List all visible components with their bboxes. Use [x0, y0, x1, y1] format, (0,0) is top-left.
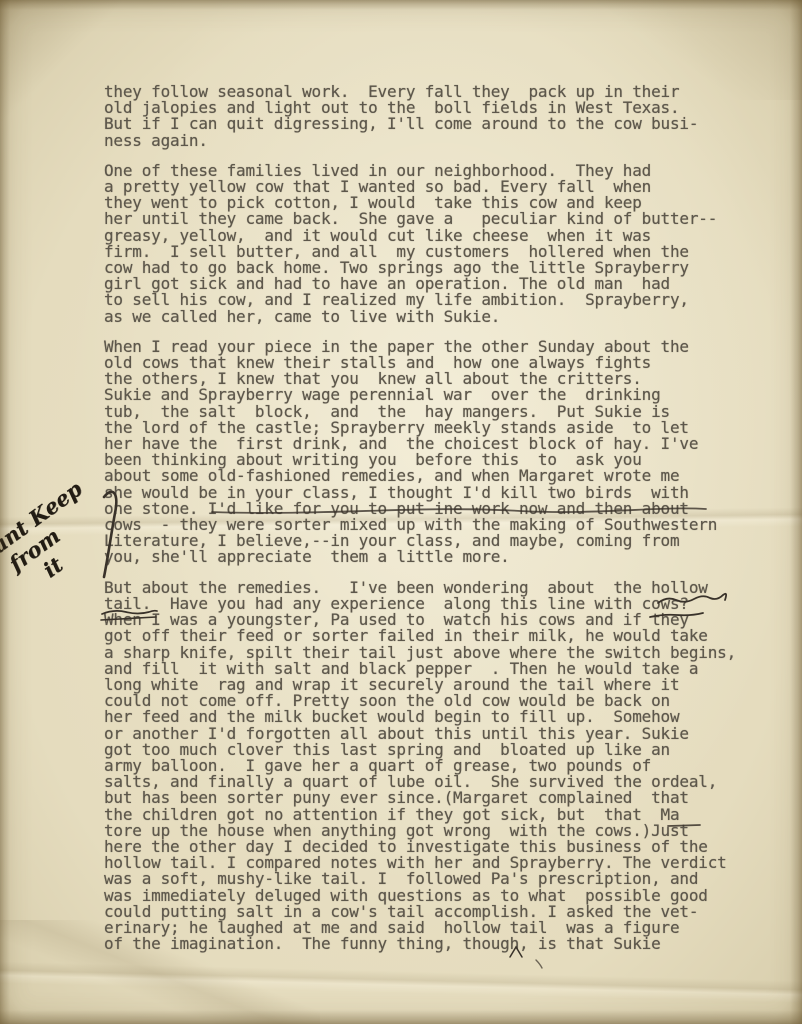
paragraph-3: When I read your piece in the paper the …: [104, 339, 784, 566]
paragraph-4: But about the remedies. I've been wonder…: [104, 580, 784, 953]
paper-edge-shadow: [790, 0, 802, 1024]
letter-page: they follow seasonal work. Every fall th…: [0, 0, 802, 1024]
paragraph-1: they follow seasonal work. Every fall th…: [104, 84, 784, 149]
paragraph-2: One of these families lived in our neigh…: [104, 163, 784, 325]
paper-edge-shadow: [0, 0, 802, 10]
paper-edge-shadow: [0, 0, 10, 1024]
typewritten-text-column: they follow seasonal work. Every fall th…: [104, 84, 784, 966]
paper-edge-shadow: [0, 1010, 802, 1024]
